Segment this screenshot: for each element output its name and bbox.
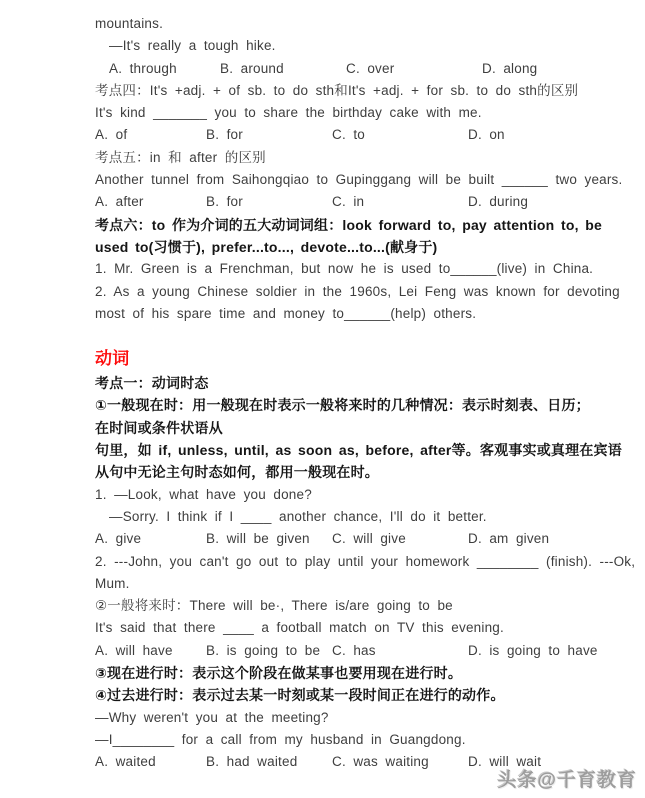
option-item: D. along <box>482 58 537 80</box>
document-page: { "page": { "background": "#ffffff", "bo… <box>0 0 645 798</box>
option-item: D. is going to have <box>468 640 598 662</box>
option-item: A. through <box>109 58 220 80</box>
option-item: A. give <box>95 528 206 550</box>
question-line: 2. As a young Chinese soldier in the 196… <box>95 281 595 303</box>
note-line: ①一般现在时：用一般现在时表示一般将来时的几种情况：表示时刻表、日历； <box>95 394 595 416</box>
option-item: C. was waiting <box>332 751 468 773</box>
section-heading: 动词 <box>95 346 595 372</box>
note-line: 句里，如 if, unless, until, as soon as, befo… <box>95 439 595 461</box>
option-row: A. giveB. will be givenC. will giveD. am… <box>95 528 595 550</box>
option-item: C. over <box>346 58 482 80</box>
text-line: mountains. <box>95 13 595 35</box>
option-item: A. waited <box>95 751 206 773</box>
document-body: mountains. —It's really a tough hike. A.… <box>95 13 595 774</box>
option-item: B. will be given <box>206 528 332 550</box>
dialog-line: —I________ for a call from my husband in… <box>95 729 595 751</box>
question-line: It's kind _______ you to share the birth… <box>95 102 595 124</box>
option-item: A. of <box>95 124 206 146</box>
option-row: A. ofB. forC. toD. on <box>95 124 595 146</box>
option-row: A. will haveB. is going to beC. hasD. is… <box>95 640 595 662</box>
exam-point-line: 考点六：to 作为介词的五大动词词组：look forward to, pay … <box>95 214 595 236</box>
option-item: C. to <box>332 124 468 146</box>
watermark: 头条@千育教育 <box>497 765 637 792</box>
option-row: A. throughB. aroundC. overD. along <box>95 58 595 80</box>
question-line: Mum. <box>95 573 595 595</box>
question-line: most of his spare time and money to_____… <box>95 303 595 325</box>
note-line: 从句中无论主句时态如何，都用一般现在时。 <box>95 461 595 483</box>
option-item: B. had waited <box>206 751 332 773</box>
dialog-line: —Sorry. I think if I ____ another chance… <box>95 506 595 528</box>
option-item: C. will give <box>332 528 468 550</box>
dialog-line: —It's really a tough hike. <box>95 35 595 57</box>
option-item: D. am given <box>468 528 549 550</box>
option-item: D. during <box>468 191 528 213</box>
question-line: It's said that there ____ a football mat… <box>95 617 595 639</box>
option-item: D. on <box>468 124 505 146</box>
note-line: ③现在进行时：表示这个阶段在做某事也要用现在进行时。 <box>95 662 595 684</box>
note-line: 在时间或条件状语从 <box>95 417 595 439</box>
option-item: A. will have <box>95 640 206 662</box>
note-line: ②一般将来时：There will be·, There is/are goin… <box>95 595 595 617</box>
dialog-line: —Why weren't you at the meeting? <box>95 707 595 729</box>
option-row: A. afterB. forC. inD. during <box>95 191 595 213</box>
option-item: B. for <box>206 124 332 146</box>
question-line: Another tunnel from Saihongqiao to Gupin… <box>95 169 595 191</box>
question-line: 1. —Look, what have you done? <box>95 484 595 506</box>
question-line: 2. ---John, you can't go out to play unt… <box>95 551 595 573</box>
option-item: C. in <box>332 191 468 213</box>
exam-point-line: 考点一：动词时态 <box>95 372 595 394</box>
option-item: C. has <box>332 640 468 662</box>
question-line: 1. Mr. Green is a Frenchman, but now he … <box>95 258 595 280</box>
option-item: A. after <box>95 191 206 213</box>
option-item: B. is going to be <box>206 640 332 662</box>
exam-point-line: 考点四：It's +adj. + of sb. to do sth和It's +… <box>95 80 595 102</box>
exam-point-line: used to(习惯于), prefer...to..., devote...t… <box>95 236 595 258</box>
exam-point-line: 考点五：in 和 after 的区别 <box>95 147 595 169</box>
note-line: ④过去进行时：表示过去某一时刻或某一段时间正在进行的动作。 <box>95 684 595 706</box>
option-item: B. for <box>206 191 332 213</box>
option-item: B. around <box>220 58 346 80</box>
